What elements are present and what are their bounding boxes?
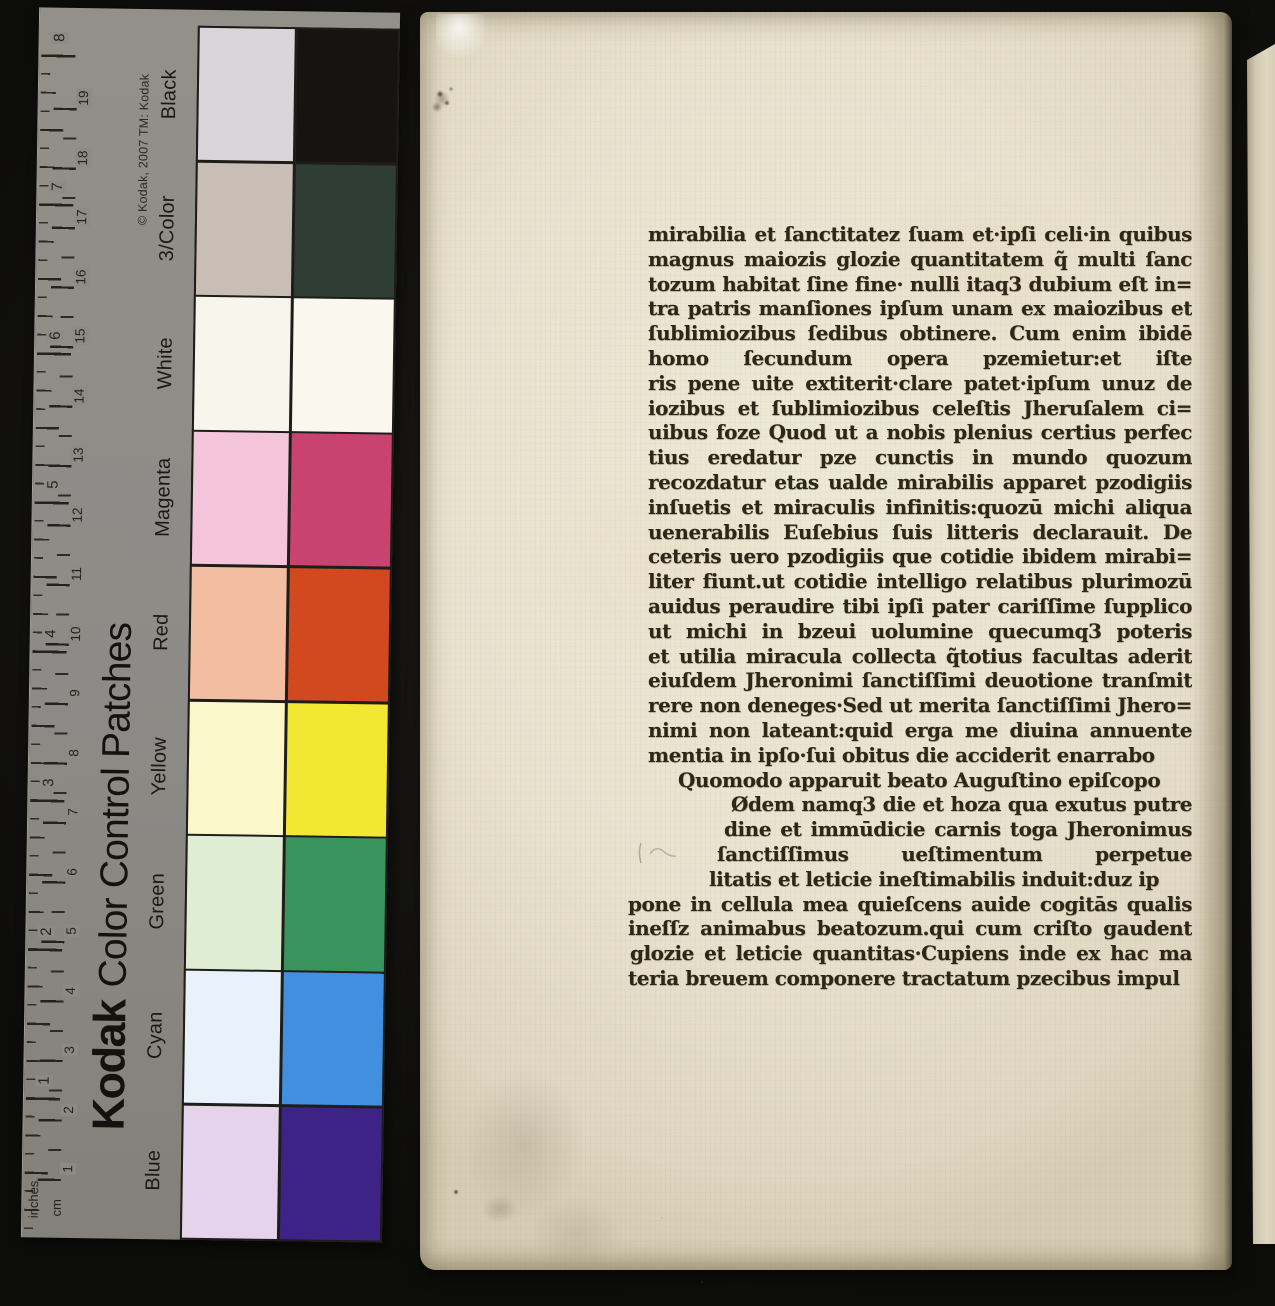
patch-label: Magenta [152, 458, 176, 538]
photo-scene: 87654321 19181716151413121110987654321 i… [0, 0, 1275, 1306]
text-line: uibus foze Quod ut a nobis plenius certi… [648, 420, 1192, 445]
cm-scale-numbers: 19181716151413121110987654321 [40, 7, 400, 12]
color-patch-tint [190, 567, 287, 701]
printed-text-block: mirabilia et ſanctitatez ſuam et·ipſi ce… [648, 222, 1192, 991]
patch-row [184, 971, 384, 1106]
gutter-shadow [1224, 8, 1250, 1270]
text-line: dine et immūdicie carnis toga Jheronimus [724, 817, 1192, 842]
text-line: ſanctiſſimus ueſtimentum perpetue immozt… [717, 842, 1192, 867]
inch-number: 4 [42, 627, 59, 640]
kodak-brand-text: Kodak Color Control Patches [81, 551, 137, 1202]
color-patch-tint [188, 701, 285, 835]
color-patch-solid [291, 299, 393, 433]
text-line: litatis et leticie ineſtimabilis induit:… [709, 867, 1192, 892]
text-line: tra patris manſiones ipſum unam ex maioz… [648, 296, 1192, 321]
text-line: recozdatur etas ualde mirabilis apparet … [648, 470, 1192, 495]
cm-number: 7 [65, 806, 81, 818]
patch-label: Yellow [148, 737, 172, 796]
text-line: magnus maiozis glozie quantitatem q̃ mul… [648, 247, 1192, 272]
text-line: eiuſdem Jheronimi ſanctiſſimi deuotione … [648, 668, 1192, 693]
text-line: uenerabilis Euſebius ſuis litteris decla… [648, 520, 1192, 545]
text-line: teria breuem componere tractatum pzecibu… [628, 966, 1192, 991]
text-line: pone in cellula mea quieſcens auide cogi… [628, 892, 1192, 917]
color-patch-solid [287, 568, 389, 702]
patch-row [194, 297, 394, 432]
text-line: ut michi in bzeui uolumine quecumq3 pote… [648, 619, 1192, 644]
patch-label: White [154, 337, 178, 389]
cm-number: 18 [75, 148, 91, 167]
text-line: Ødem namq3 die et hoza qua exutus putre [731, 792, 1192, 817]
color-patch-tint [184, 971, 281, 1105]
patch-row [192, 432, 392, 567]
text-line: mentia in ipſo·ſui obitus die acciderit … [648, 743, 1192, 768]
cm-number: 10 [68, 624, 84, 643]
text-line: Quomodo apparuit beato Auguſtino epiſcop… [678, 768, 1192, 793]
color-control-patches-text: Color Control Patches [92, 622, 141, 987]
kodak-logo-text: Kodak [82, 1000, 136, 1131]
text-line: ris pene uite extiterit·clare patet·ipſu… [648, 371, 1192, 396]
cm-number: 4 [63, 985, 79, 997]
cm-number: 6 [64, 866, 80, 878]
color-patch-solid [295, 29, 397, 163]
text-line: liter fiunt.ut cotidie intelligo relatib… [648, 569, 1192, 594]
inch-number: 6 [47, 329, 64, 342]
color-patch-tint [198, 28, 295, 162]
text-line: inſuetis et miraculis infinitis:quozū mi… [648, 495, 1192, 520]
patch-row [190, 567, 390, 702]
color-patch-tint [186, 836, 283, 970]
cm-number: 12 [70, 505, 86, 524]
cm-number: 2 [61, 1104, 77, 1116]
cm-number: 1 [60, 1163, 76, 1175]
color-patch-tint [194, 297, 291, 431]
inch-number: 7 [49, 180, 66, 193]
cm-number: 17 [74, 207, 90, 226]
kodak-copyright-text: © Kodak, 2007 TM: Kodak [135, 51, 153, 247]
text-line: tius eredatur pze cunctis in mundo quozu… [648, 445, 1192, 470]
patch-row [186, 836, 386, 971]
inches-unit-label: inches [26, 1181, 42, 1219]
text-line: ineſſz animabus beatozum.qui cum criſto … [628, 916, 1192, 941]
color-patch-tint [192, 432, 289, 566]
adjacent-page-edge [1247, 44, 1275, 1244]
patch-labels: Black3/ColorWhiteMagentaRedYellowGreenCy… [40, 7, 400, 12]
page-corner-chip [436, 14, 488, 58]
color-patch-grid [180, 26, 400, 1243]
patch-label: Green [146, 872, 170, 929]
patch-label: Red [150, 613, 174, 651]
inch-number: 2 [38, 925, 55, 938]
ink-specks [454, 1190, 458, 1194]
patch-label: Cyan [144, 1011, 168, 1059]
inch-number: 3 [40, 776, 57, 789]
cm-unit-label: cm [49, 1199, 64, 1217]
ink-smudge [424, 76, 460, 126]
inch-number: 1 [36, 1074, 53, 1087]
patch-row [196, 162, 396, 297]
text-line: rere non deneges·Sed ut merita ſanctiſſi… [648, 693, 1192, 718]
patch-label: Blue [142, 1149, 166, 1190]
bottom-smudge [428, 1052, 668, 1270]
text-line: auidus peraudire tibi ipſi pater cariſſi… [648, 594, 1192, 619]
text-line: et utilia miracula collecta q̃totius fac… [648, 644, 1192, 669]
inch-number: 8 [51, 31, 68, 44]
patch-row [198, 28, 398, 163]
color-patch-solid [283, 837, 385, 971]
cm-number: 15 [72, 326, 88, 345]
color-patch-solid [289, 433, 391, 567]
cm-number: 11 [69, 565, 85, 583]
patch-label: Black [158, 69, 182, 119]
inch-scale-numbers: 87654321 [40, 7, 400, 12]
cm-number: 8 [66, 747, 82, 759]
inch-number: 5 [44, 478, 61, 491]
kodak-color-ruler: 87654321 19181716151413121110987654321 i… [21, 7, 400, 1242]
color-patch-solid [293, 164, 395, 298]
text-line: tozum habitat ſine fine· nulli itaq3 dub… [648, 272, 1192, 297]
cm-number: 14 [71, 386, 87, 405]
cm-number: 16 [73, 267, 89, 286]
color-patch-solid [279, 1107, 381, 1241]
cm-number: 9 [67, 687, 83, 699]
text-line: mirabilia et ſanctitatez ſuam et·ipſi ce… [648, 222, 1192, 247]
manuscript-page: mirabilia et ſanctitatez ſuam et·ipſi ce… [420, 12, 1232, 1270]
text-line: ceteris uero pzodigiis que cotidie ibide… [648, 544, 1192, 569]
cm-number: 19 [76, 88, 92, 107]
cm-number: 3 [62, 1044, 78, 1056]
patch-row [182, 1105, 382, 1240]
text-line: iozibus et ſublimiozibus celeſtis Jheruſ… [648, 396, 1192, 421]
patch-row [188, 701, 388, 836]
text-line: homo ſecundum opera pzemietur:et iſte pe… [648, 346, 1192, 371]
color-patch-tint [196, 162, 293, 296]
text-line: glozie et leticie quantitas·Cupiens inde… [630, 941, 1192, 966]
color-patch-solid [281, 972, 383, 1106]
patch-label: 3/Color [156, 195, 180, 261]
cm-number: 13 [71, 445, 87, 464]
text-line: ſublimiozibus ſedibus obtinere. Cum enim… [648, 321, 1192, 346]
cm-number: 5 [64, 925, 80, 937]
color-patch-solid [285, 703, 387, 837]
color-patch-tint [182, 1105, 279, 1239]
text-line: nimi non lateant:quid erga me diuina ann… [648, 718, 1192, 743]
